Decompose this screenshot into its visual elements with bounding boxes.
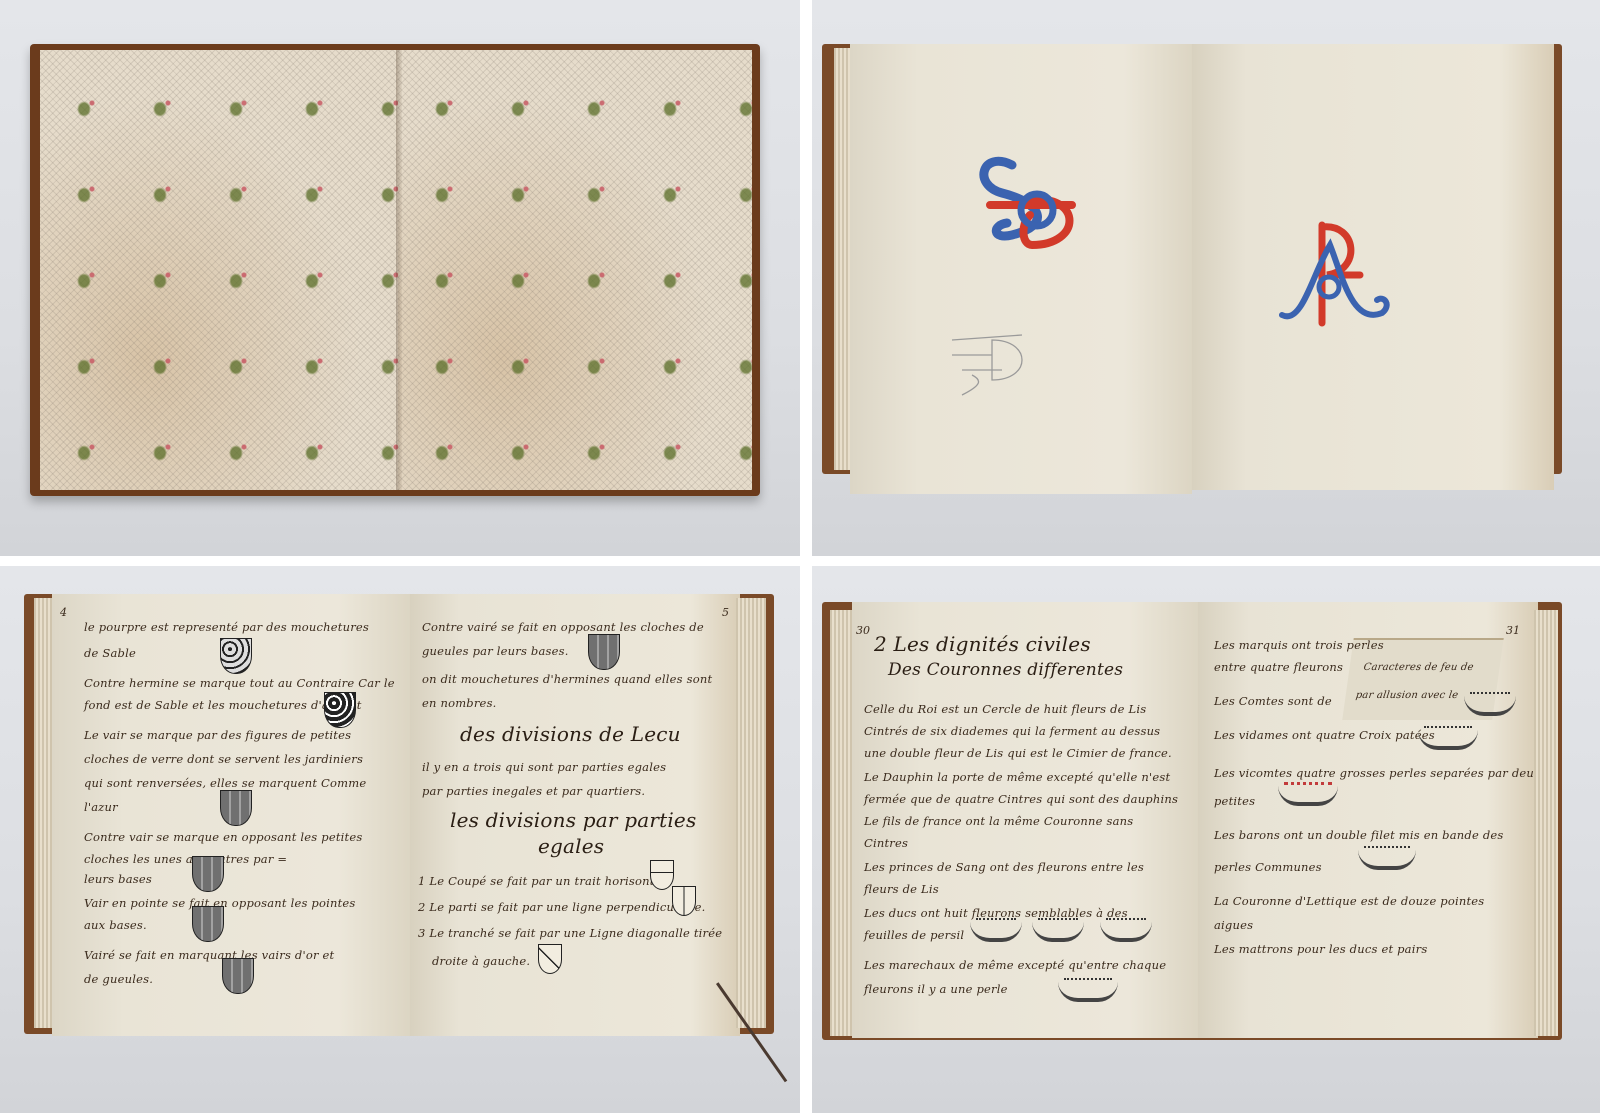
text-line: aigues (1214, 918, 1253, 932)
crown-vicomte (1278, 782, 1338, 806)
shield-vair (220, 790, 252, 826)
text-line: en nombres. (422, 696, 497, 710)
text-line: feuilles de persil (864, 928, 964, 942)
page-31: 31 Caracteres de feu de par allusion ave… (1198, 602, 1538, 1038)
shield-contre-hermine (324, 692, 356, 728)
left-page (850, 44, 1192, 494)
text-line: entre quatre fleurons (1214, 660, 1343, 674)
text-line: qui sont renversées, elles se marquent C… (84, 776, 366, 790)
shield-contre-vaire (588, 634, 620, 670)
heading-parties-egales-2: egales (538, 834, 604, 858)
crown-duke-1 (970, 918, 1022, 942)
monogram-ar (1272, 215, 1402, 335)
panel-pages-30-31: 30 2 Les dignités civiles Des Couronnes … (812, 566, 1600, 1113)
list-item: 1 Le Coupé se fait par un trait horisont… (418, 874, 669, 888)
crown-comte (1464, 692, 1516, 716)
crown-duke-3 (1100, 918, 1152, 942)
text-line: gueules par leurs bases. (422, 644, 569, 658)
text-line: La Couronne d'Lettique est de douze poin… (1214, 894, 1484, 908)
text-line: petites (1214, 794, 1255, 808)
text-line: fleurs de Lis (864, 882, 939, 896)
page-number: 4 (60, 606, 67, 619)
text-line: Les marechaux de même excepté qu'entre c… (864, 958, 1166, 972)
text-line: de Sable (84, 646, 136, 660)
page-edges-right (1534, 610, 1558, 1036)
text-line: cloches les unes aux autres par = (84, 852, 287, 866)
list-item: 3 Le tranché se fait par une Ligne diago… (418, 926, 722, 940)
text-line: Les vicomtes quatre grosses perles separ… (1214, 766, 1541, 780)
text-line: Le fils de france ont la même Couronne s… (864, 814, 1133, 828)
panel-pages-4-5: 4 le pourpre est representé par des mouc… (0, 566, 800, 1113)
text-line: Cintres (864, 836, 908, 850)
crown-marechal (1058, 978, 1118, 1002)
shield-vaire (222, 958, 254, 994)
text-line: Celle du Roi est un Cercle de huit fleur… (864, 702, 1146, 716)
heading-couronnes: Des Couronnes differentes (888, 660, 1123, 680)
crown-baron (1358, 846, 1416, 870)
panel-monograms (812, 0, 1600, 556)
page-number: 5 (722, 606, 729, 619)
text-line: Cintrés de six diademes qui la ferment a… (864, 724, 1160, 738)
left-endpaper (40, 50, 398, 490)
crown-duke-2 (1032, 918, 1084, 942)
text-line: Les princes de Sang ont des fleurons ent… (864, 860, 1144, 874)
pencil-sketch-monogram (942, 320, 1042, 400)
monogram-sd (972, 145, 1092, 255)
page-5: 5 Contre vairé se fait en opposant les c… (410, 594, 740, 1036)
shield-tranche (538, 944, 562, 974)
heading-parties-egales: les divisions par parties (450, 808, 696, 832)
text-line: Les barons ont un double filet mis en ba… (1214, 828, 1504, 842)
text-line: Les marquis ont trois perles (1214, 638, 1384, 652)
text-line: aux bases. (84, 918, 147, 932)
text-line: Les Comtes sont de (1214, 694, 1332, 708)
text-line: par parties inegales et par quartiers. (422, 784, 645, 798)
text-line: fleurons il y a une perle (864, 982, 1008, 996)
text-line: leurs bases (84, 872, 152, 886)
slip-text: par allusion avec le (1355, 690, 1459, 701)
shield-purpure-ermine (220, 638, 252, 674)
text-line: perles Communes (1214, 860, 1322, 874)
slip-text: Caracteres de feu de (1363, 662, 1475, 673)
heading-divisions: des divisions de Lecu (460, 722, 681, 746)
page-4: 4 le pourpre est representé par des mouc… (52, 594, 410, 1036)
page-30: 30 2 Les dignités civiles Des Couronnes … (852, 602, 1198, 1038)
shield-coupe (650, 860, 674, 890)
shield-contre-vair (192, 856, 224, 892)
right-endpaper (398, 50, 752, 490)
text-line: Les vidames ont quatre Croix patées (1214, 728, 1435, 742)
text-line: Les mattrons pour les ducs et pairs (1214, 942, 1427, 956)
text-line: le pourpre est representé par des mouche… (84, 620, 369, 634)
shield-parti (672, 886, 696, 916)
page-number: 31 (1506, 624, 1520, 637)
heading-dignites-civiles: 2 Les dignités civiles (874, 632, 1091, 656)
text-line: cloches de verre dont se servent les jar… (84, 752, 363, 766)
text-line: de gueules. (84, 972, 153, 986)
list-item: droite à gauche. (432, 954, 530, 968)
text-line: fermée que de quatre Cintres qui sont de… (864, 792, 1178, 806)
page-edges-left (830, 610, 854, 1036)
page-number: 30 (856, 624, 870, 637)
crown-vidame (1418, 726, 1478, 750)
text-line: fond est de Sable et les mouchetures d'a… (84, 698, 362, 712)
page-edges-right (736, 598, 766, 1028)
text-line: il y en a trois qui sont par parties ega… (422, 760, 666, 774)
center-fold (396, 50, 402, 490)
shield-vair-en-pointe (192, 906, 224, 942)
panel-endpapers (0, 0, 800, 556)
text-line: Le Dauphin la porte de même excepté qu'e… (864, 770, 1170, 784)
text-line: Contre vairé se fait en opposant les clo… (422, 620, 704, 634)
text-line: Contre hermine se marque tout au Contrai… (84, 676, 395, 690)
text-line: une double fleur de Lis qui est le Cimie… (864, 746, 1172, 760)
list-item: 2 Le parti se fait par une ligne perpend… (418, 900, 706, 914)
text-line: l'azur (84, 800, 118, 814)
text-line: Contre vair se marque en opposant les pe… (84, 830, 362, 844)
text-line: on dit mouchetures d'hermines quand elle… (422, 672, 712, 686)
text-line: Le vair se marque par des figures de pet… (84, 728, 351, 742)
text-line: Vairé se fait en marquant les vairs d'or… (84, 948, 334, 962)
